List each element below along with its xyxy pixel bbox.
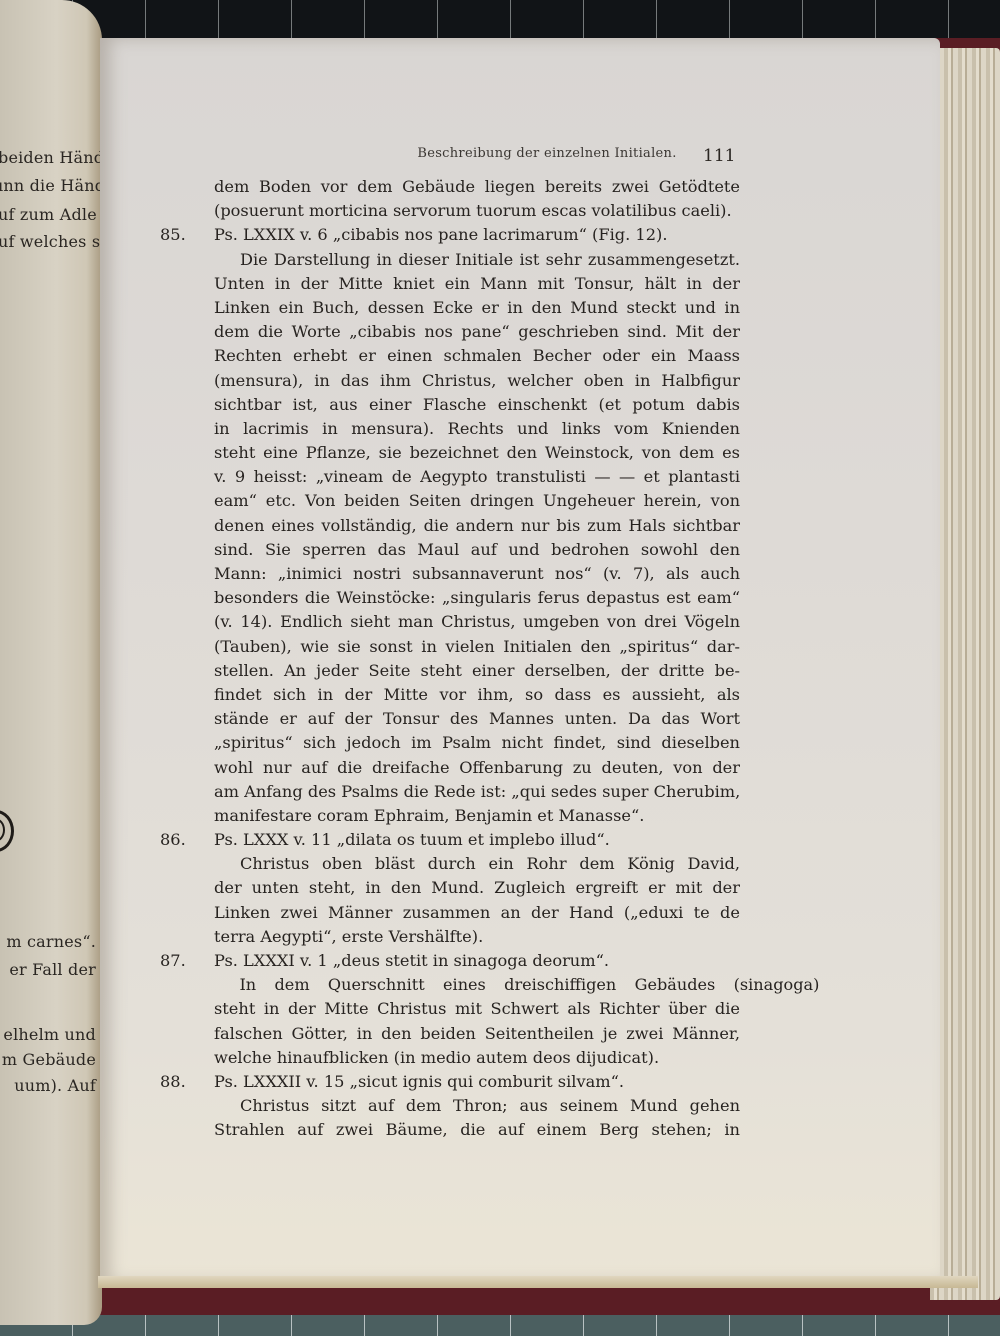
text-line: eam“ etc. Von beiden Seiten dringen Unge… (160, 489, 740, 513)
left-page-text-fragment: beiden Händ (0, 148, 96, 167)
page-number: 111 (703, 146, 735, 166)
entry-heading: 86.Ps. LXXX v. 11 „dilata os tuum et imp… (160, 828, 740, 852)
entry-title: Ps. LXXXI v. 1 „deus stetit in sinagoga … (214, 951, 609, 970)
page-stack-edges (930, 48, 1000, 1300)
entry-number: 87. (160, 949, 214, 973)
text-line: Christus sitzt auf dem Thron; aus seinem… (160, 1094, 740, 1118)
left-page: beiden Händınn die Händuf zum Adleuf wel… (0, 0, 102, 1325)
text-line: sind. Sie sperren das Maul auf und bedro… (160, 538, 740, 562)
text-line: sichtbar ist, aus einer Flasche einschen… (160, 393, 740, 417)
text-line: Strahlen auf zwei Bäume, die auf einem B… (160, 1118, 740, 1142)
entry-heading: 87.Ps. LXXXI v. 1 „deus stetit in sinago… (160, 949, 740, 973)
text-line: terra Aegypti“, erste Vershälfte). (160, 925, 740, 949)
text-line: wohl nur auf die dreifache Offenbarung z… (160, 756, 740, 780)
text-line: dem Boden vor dem Gebäude liegen bereits… (160, 175, 740, 199)
text-line: Rechten erhebt er einen schmalen Becher … (160, 344, 740, 368)
entry-title: Ps. LXXIX v. 6 „cibabis nos pane lacrima… (214, 225, 667, 244)
text-line: Unten in der Mitte kniet ein Mann mit To… (160, 272, 740, 296)
entry-heading: 85.Ps. LXXIX v. 6 „cibabis nos pane lacr… (160, 223, 740, 247)
text-line: Christus oben bläst durch ein Rohr dem K… (160, 852, 740, 876)
text-line: steht in der Mitte Christus mit Schwert … (160, 997, 740, 1021)
text-line: welche hinaufblicken (in medio autem deo… (160, 1046, 740, 1070)
left-page-text-fragment: m Gebäude (0, 1050, 96, 1069)
text-line: In dem Querschnitt eines dreischiffigen … (160, 973, 819, 997)
text-line: v. 9 heisst: „vineam de Aegypto transtul… (160, 465, 740, 489)
text-line: der unten steht, in den Mund. Zugleich e… (160, 876, 740, 900)
left-page-text-fragment: er Fall der (0, 960, 96, 979)
text-line: am Anfang des Psalms die Rede ist: „qui … (160, 780, 740, 804)
left-page-text-fragment: ınn die Händ (0, 176, 96, 195)
text-line: stände er auf der Tonsur des Mannes unte… (160, 707, 740, 731)
entry-title: Ps. LXXX v. 11 „dilata os tuum et impleb… (214, 830, 610, 849)
ornament-ring-icon (0, 810, 14, 852)
entry-title: Ps. LXXXII v. 15 „sicut ignis qui combur… (214, 1072, 624, 1091)
entry-heading: 88.Ps. LXXXII v. 15 „sicut ignis qui com… (160, 1070, 740, 1094)
text-line: stellen. An jeder Seite steht einer ders… (160, 659, 740, 683)
left-page-text-fragment: uf zum Adle (0, 205, 96, 224)
text-line: Die Darstellung in dieser Initiale ist s… (160, 248, 740, 272)
left-page-text-fragment: uum). Auf (0, 1076, 96, 1095)
page-bottom-edge (98, 1276, 978, 1288)
text-line: manifestare coram Ephraim, Benjamin et M… (160, 804, 740, 828)
text-line: Linken ein Buch, dessen Ecke er in den M… (160, 296, 740, 320)
text-line: (mensura), in das ihm Christus, welcher … (160, 369, 740, 393)
text-line: „spiritus“ sich jedoch im Psalm nicht fi… (160, 731, 740, 755)
text-line: Mann: „inimici nostri subsannaverunt nos… (160, 562, 740, 586)
text-line: denen eines vollständig, die andern nur … (160, 514, 740, 538)
right-page: Beschreibung der einzelnen Initialen. 11… (100, 38, 940, 1283)
text-line: (v. 14). Endlich sieht man Christus, umg… (160, 610, 740, 634)
text-line: besonders die Weinstöcke: „singularis fe… (160, 586, 740, 610)
text-line: findet sich in der Mitte vor ihm, so das… (160, 683, 740, 707)
left-page-text-fragment: elhelm und (0, 1025, 96, 1044)
text-line: Linken zwei Männer zusammen an der Hand … (160, 901, 740, 925)
text-line: falschen Götter, in den beiden Seitenthe… (160, 1022, 740, 1046)
text-line: steht eine Pflanze, sie bezeichnet den W… (160, 441, 740, 465)
text-line: in lacrimis in mensura). Rechts und link… (160, 417, 740, 441)
entry-number: 86. (160, 828, 214, 852)
entry-number: 85. (160, 223, 214, 247)
text-line: dem die Worte „cibabis nos pane“ geschri… (160, 320, 740, 344)
text-line: (Tauben), wie sie sonst in vielen Initia… (160, 635, 740, 659)
body-text: dem Boden vor dem Gebäude liegen bereits… (160, 175, 740, 1143)
left-page-text-fragment: m carnes“. (0, 932, 96, 951)
entry-number: 88. (160, 1070, 214, 1094)
left-page-text-fragment: uf welches sie (0, 232, 96, 251)
text-line: (posuerunt morticina servorum tuorum esc… (160, 199, 740, 223)
